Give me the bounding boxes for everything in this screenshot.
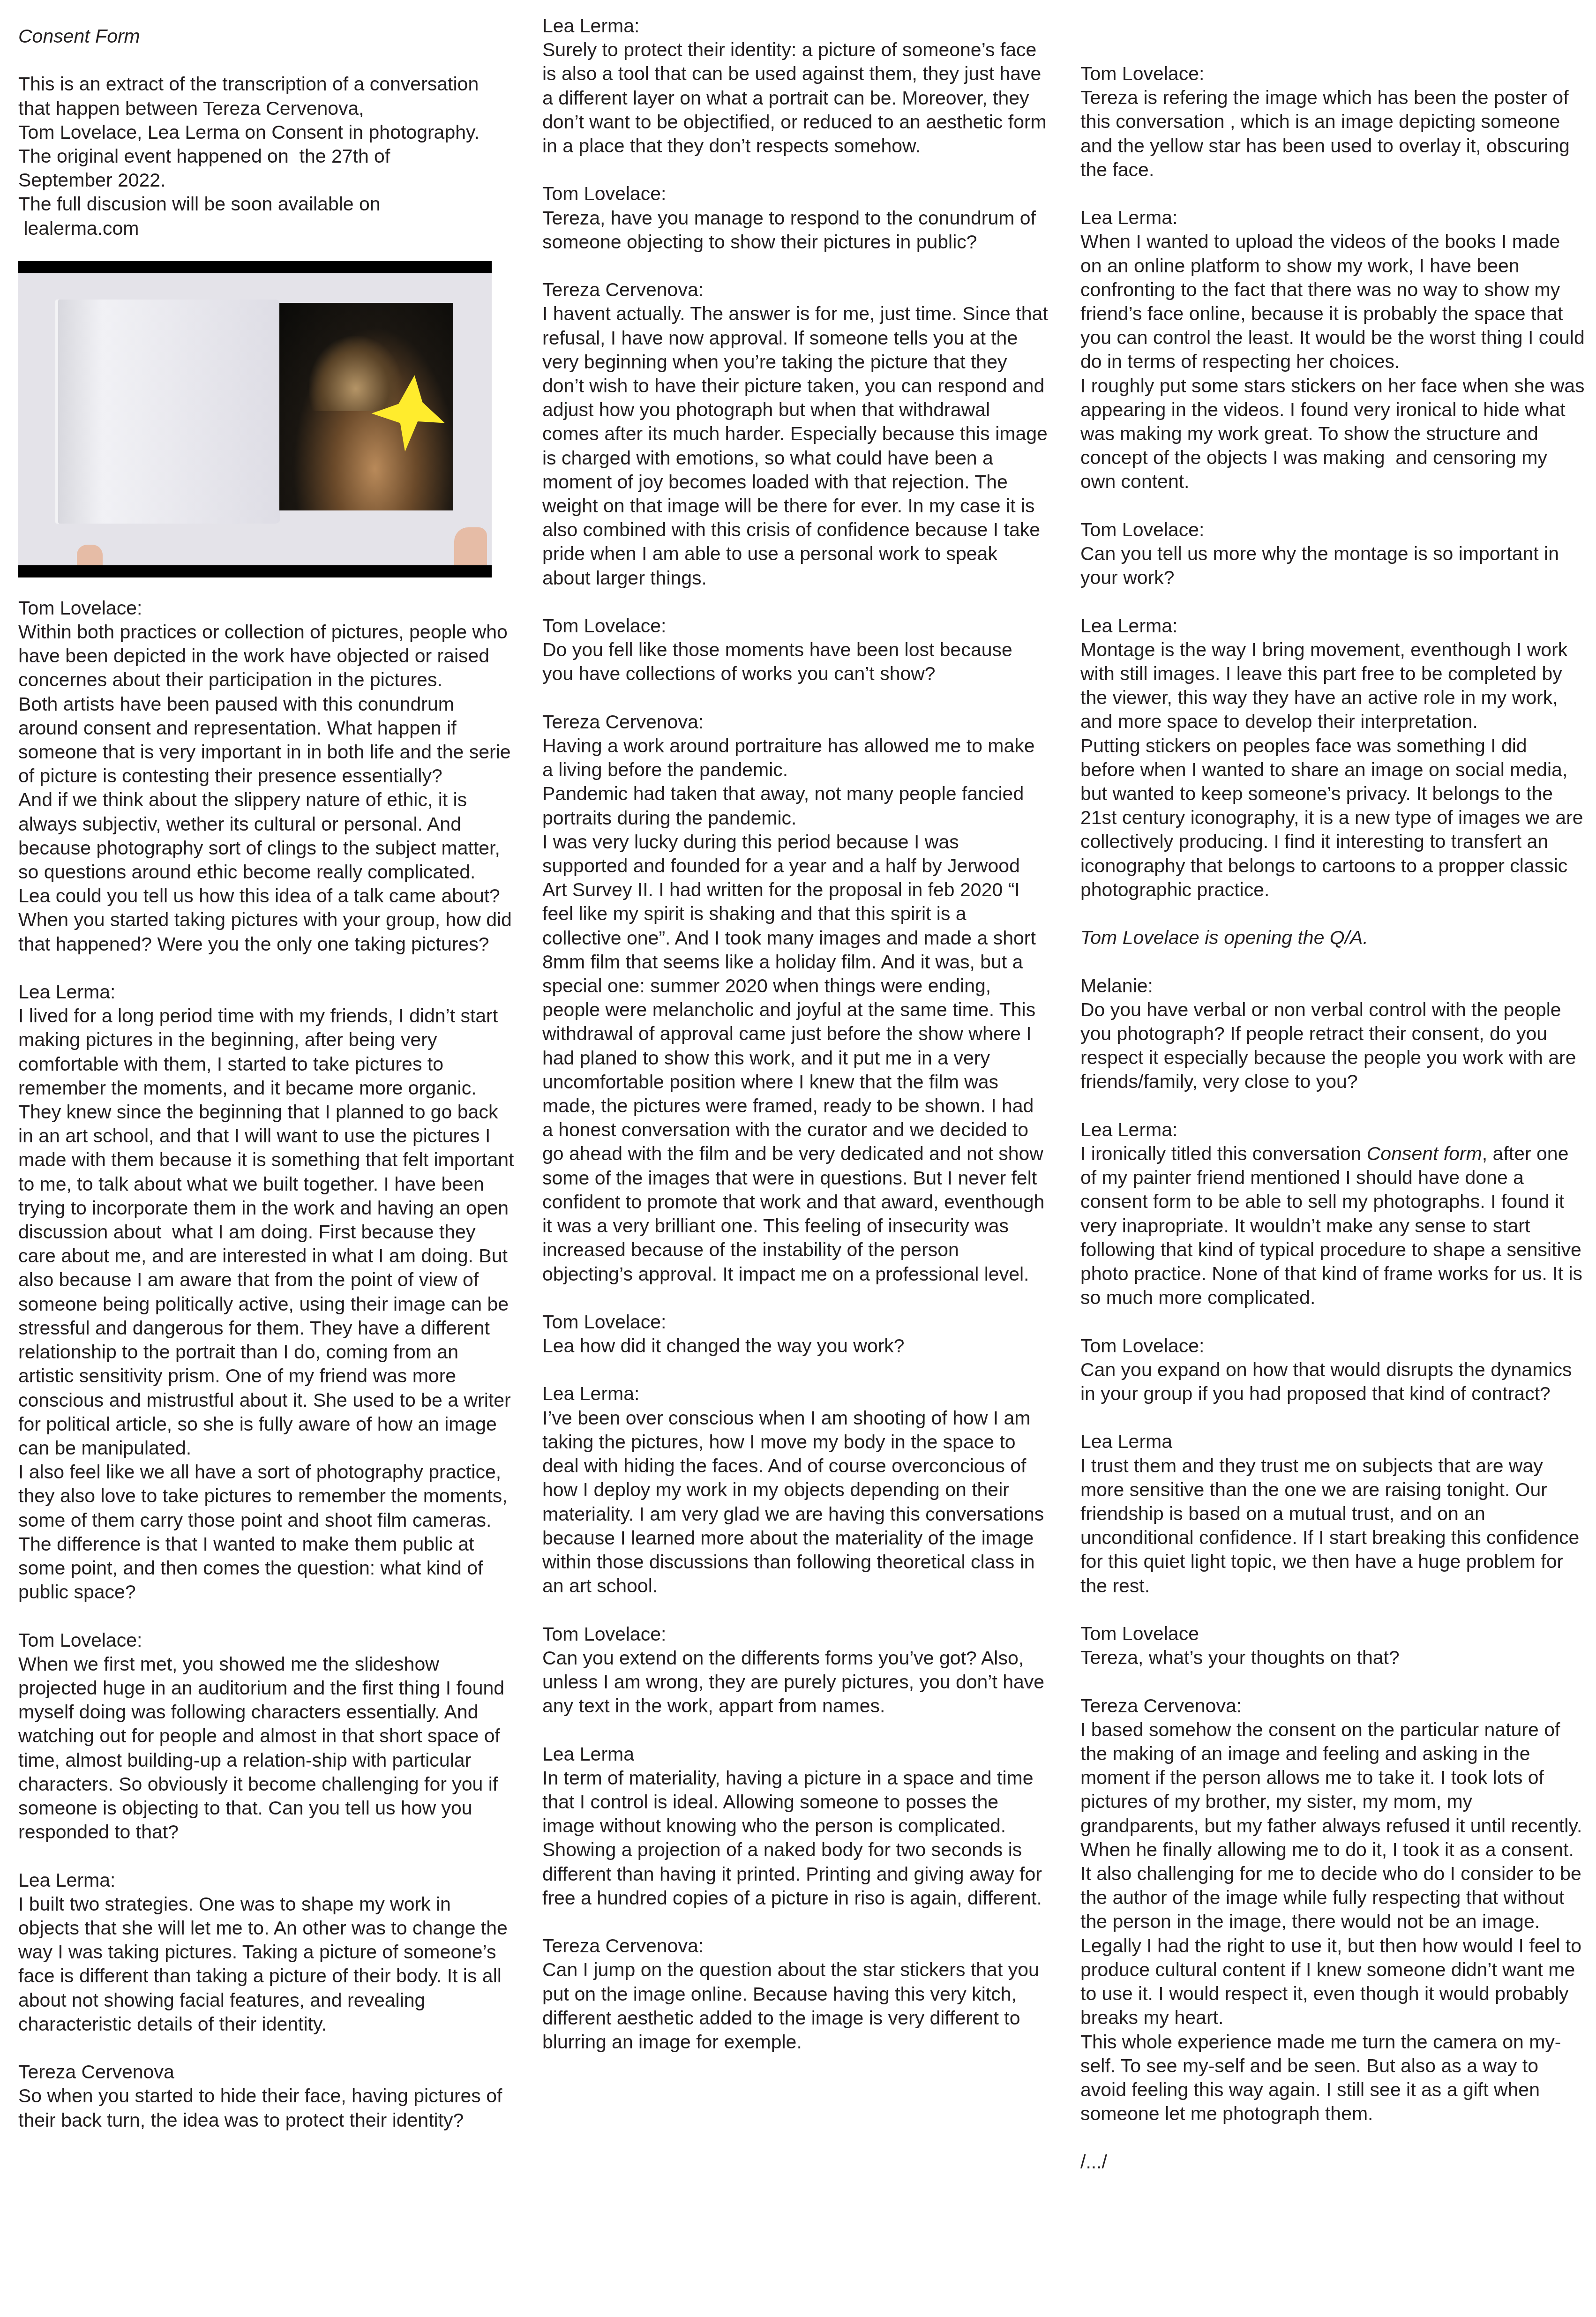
dialogue-block: Tereza Cervenova: Can I jump on the ques… xyxy=(542,1934,1049,2054)
dialogue-text: Surely to protect their identity: a pict… xyxy=(542,38,1049,158)
speaker-name: Lea Lerma xyxy=(542,1742,1049,1766)
dialogue-block: Tom Lovelace: Can you tell us more why t… xyxy=(1080,518,1587,590)
dialogue-block: Tom Lovelace: Can you expand on how that… xyxy=(1080,1334,1587,1406)
dialogue-text: In term of materiality, having a picture… xyxy=(542,1766,1049,1910)
dialogue-block: Lea Lerma: I’ve been over conscious when… xyxy=(542,1382,1049,1598)
dialogue-block: Lea Lerma: When I wanted to upload the v… xyxy=(1080,206,1587,494)
column-1: Consent Form This is an extract of the t… xyxy=(18,24,515,2132)
speaker-name: Tereza Cervenova: xyxy=(542,1934,1049,1958)
consent-form-title-italic: Consent form xyxy=(1367,1143,1482,1164)
letterbox-bar-bottom xyxy=(18,565,492,577)
dialogue-block: Tom Lovelace: When we first met, you sho… xyxy=(18,1628,515,1845)
dialogue-text: Can you extend on the differents forms y… xyxy=(542,1646,1049,1718)
dialogue-block: Tom Lovelace: Tereza is refering the ima… xyxy=(1080,62,1587,182)
speaker-name: Lea Lerma xyxy=(1080,1430,1587,1454)
speaker-name: Tom Lovelace: xyxy=(542,614,1049,638)
dialogue-block: Tereza Cervenova: I based somehow the co… xyxy=(1080,1694,1587,2126)
intro-line: The original event happened on the 27th … xyxy=(18,144,515,168)
dialogue-text: Tereza, what’s your thoughts on that? xyxy=(1080,1646,1587,1670)
intro-line: September 2022. xyxy=(18,168,515,192)
dialogue-text-part: I ironically titled this conversation xyxy=(1080,1143,1367,1164)
ellipsis-ending: /.../ xyxy=(1080,2150,1587,2174)
dialogue-block: Tom Lovelace: Do you fell like those mom… xyxy=(542,614,1049,686)
dialogue-text: Do you have verbal or non verbal control… xyxy=(1080,998,1587,1094)
dialogue-block: Tom Lovelace: Within both practices or c… xyxy=(18,596,515,956)
dialogue-text: Tereza, have you manage to respond to th… xyxy=(542,206,1049,254)
dialogue-text: Tereza is refering the image which has b… xyxy=(1080,86,1587,182)
dialogue-block: Tom Lovelace Tereza, what’s your thought… xyxy=(1080,1622,1587,1670)
dialogue-text: Can you tell us more why the montage is … xyxy=(1080,542,1587,590)
dialogue-text: Montage is the way I bring movement, eve… xyxy=(1080,638,1587,902)
dialogue-text: Do you fell like those moments have been… xyxy=(542,638,1049,686)
speaker-name: Tereza Cervenova: xyxy=(1080,1694,1587,1718)
speaker-name: Tom Lovelace: xyxy=(1080,518,1587,542)
dialogue-block: Tom Lovelace: Can you extend on the diff… xyxy=(542,1622,1049,1718)
dialogue-block: Lea Lerma: I built two strategies. One w… xyxy=(18,1868,515,2036)
document-title: Consent Form xyxy=(18,24,515,48)
dialogue-block: Melanie: Do you have verbal or non verba… xyxy=(1080,974,1587,1094)
dialogue-text: I built two strategies. One was to shape… xyxy=(18,1892,515,2036)
dialogue-block: Tereza Cervenova So when you started to … xyxy=(18,2060,515,2132)
hand-right xyxy=(454,527,487,565)
dialogue-text: I ironically titled this conversation Co… xyxy=(1080,1142,1587,1310)
speaker-name: Melanie: xyxy=(1080,974,1587,998)
blank-book-page xyxy=(58,300,280,524)
dialogue-block: Tom Lovelace: Lea how did it changed the… xyxy=(542,1310,1049,1358)
dialogue-block: Lea Lerma: Montage is the way I bring mo… xyxy=(1080,614,1587,902)
dialogue-block: Tereza Cervenova: Having a work around p… xyxy=(542,710,1049,1286)
dialogue-text: I lived for a long period time with my f… xyxy=(18,1004,515,1604)
speaker-name: Tom Lovelace: xyxy=(542,1622,1049,1646)
dialogue-text: Having a work around portraiture has all… xyxy=(542,734,1049,1286)
dialogue-text: I based somehow the consent on the parti… xyxy=(1080,1718,1587,2126)
speaker-name: Tereza Cervenova xyxy=(18,2060,515,2084)
dialogue-text: Can you expand on how that would disrupt… xyxy=(1080,1358,1587,1406)
intro-line: The full discusion will be soon availabl… xyxy=(18,192,515,216)
speaker-name: Tereza Cervenova: xyxy=(542,278,1049,302)
speaker-name: Lea Lerma: xyxy=(542,1382,1049,1406)
speaker-name: Tereza Cervenova: xyxy=(542,710,1049,734)
column-3: Tom Lovelace: Tereza is refering the ima… xyxy=(1080,62,1587,2174)
speaker-name: Tom Lovelace xyxy=(1080,1622,1587,1646)
dialogue-block: Tereza Cervenova: I havent actually. The… xyxy=(542,278,1049,590)
dialogue-text: I’ve been over conscious when I am shoot… xyxy=(542,1406,1049,1598)
dialogue-block: Tom Lovelace: Tereza, have you manage to… xyxy=(542,182,1049,254)
speaker-name: Tom Lovelace: xyxy=(542,1310,1049,1334)
speaker-name: Lea Lerma: xyxy=(542,14,1049,38)
dialogue-text: Lea how did it changed the way you work? xyxy=(542,1334,1049,1358)
dialogue-text: When I wanted to upload the videos of th… xyxy=(1080,230,1587,494)
yellow-star-sticker-icon xyxy=(365,374,445,453)
intro-line: that happen between Tereza Cervenova, xyxy=(18,97,515,120)
dialogue-text: When we first met, you showed me the sli… xyxy=(18,1652,515,1845)
speaker-name: Tom Lovelace: xyxy=(18,1628,515,1652)
speaker-name: Lea Lerma: xyxy=(18,1868,515,1892)
dialogue-block: Lea Lerma: I lived for a long period tim… xyxy=(18,980,515,1604)
dialogue-text: I havent actually. The answer is for me,… xyxy=(542,302,1049,590)
book-photo-figure xyxy=(18,261,492,577)
dialogue-block: Lea Lerma: Surely to protect their ident… xyxy=(542,14,1049,158)
dialogue-block: Lea Lerma I trust them and they trust me… xyxy=(1080,1430,1587,1597)
speaker-name: Tom Lovelace: xyxy=(18,596,515,620)
dialogue-block: Lea Lerma In term of materiality, having… xyxy=(542,1742,1049,1910)
column-2: Lea Lerma: Surely to protect their ident… xyxy=(542,14,1049,2054)
dialogue-text: I trust them and they trust me on subjec… xyxy=(1080,1454,1587,1598)
dialogue-text-part: , after one of my painter friend mention… xyxy=(1080,1143,1588,1308)
speaker-name: Lea Lerma: xyxy=(1080,1118,1587,1142)
dialogue-text: Can I jump on the question about the sta… xyxy=(542,1958,1049,2054)
dialogue-block: Lea Lerma: I ironically titled this conv… xyxy=(1080,1118,1587,1310)
intro-line: This is an extract of the transcription … xyxy=(18,72,515,96)
dialogue-text: Within both practices or collection of p… xyxy=(18,620,515,956)
website-link[interactable]: lealerma.com xyxy=(18,217,515,240)
speaker-name: Lea Lerma: xyxy=(1080,614,1587,638)
dialogue-text: So when you started to hide their face, … xyxy=(18,2084,515,2132)
intro-line: Tom Lovelace, Lea Lerma on Consent in ph… xyxy=(18,120,515,144)
speaker-name: Lea Lerma: xyxy=(18,980,515,1004)
hand-left xyxy=(77,545,103,566)
letterbox-bar-top xyxy=(18,261,492,273)
qa-note: Tom Lovelace is opening the Q/A. xyxy=(1080,926,1587,950)
speaker-name: Lea Lerma: xyxy=(1080,206,1587,230)
speaker-name: Tom Lovelace: xyxy=(1080,1334,1587,1358)
speaker-name: Tom Lovelace: xyxy=(1080,62,1587,86)
speaker-name: Tom Lovelace: xyxy=(542,182,1049,206)
intro-paragraph: This is an extract of the transcription … xyxy=(18,72,515,240)
